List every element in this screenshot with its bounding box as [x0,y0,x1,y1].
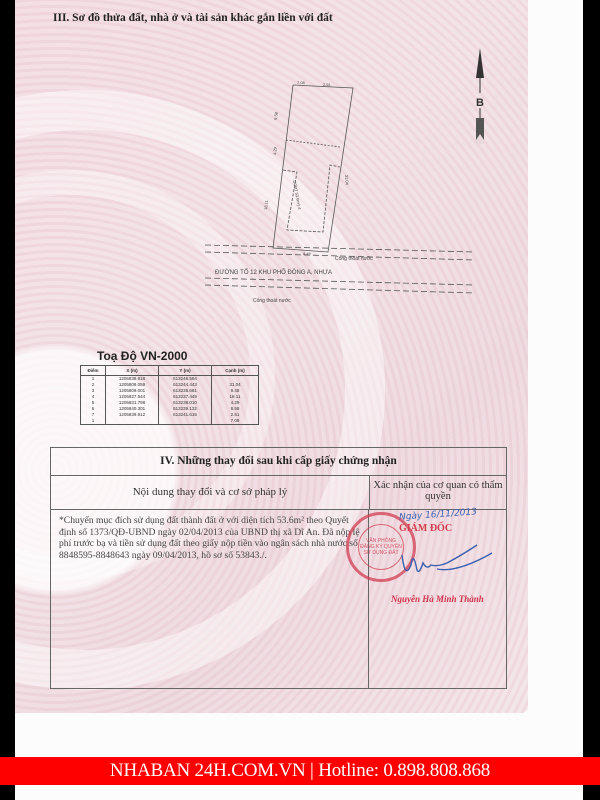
header-point: Điểm [81,366,106,376]
svg-text:9.58: 9.58 [273,111,279,120]
svg-text:2.51: 2.51 [323,82,332,87]
header-y: Y (m) [159,366,212,376]
table-row: 17.08 [81,418,259,425]
svg-text:18.11: 18.11 [263,199,269,210]
svg-text:4.29: 4.29 [272,146,278,155]
handwritten-date: Ngày 16/11/2013 [399,507,478,522]
parcel-sketch: 7.08 2.51 9.58 4.29 31.04 18.11 8.49 1(O… [205,80,505,310]
change-content: *Chuyển mục đích sử dụng đất thành đất ở… [51,510,369,688]
coordinates-table: Điểm X (m) Y (m) Cạnh (m) 11205838.81861… [80,365,259,425]
signature-icon [397,535,497,580]
svg-text:Cống thoát nước: Cống thoát nước [253,298,291,304]
svg-text:1(OĐT 53.6m²) 4: 1(OĐT 53.6m²) 4 [292,179,302,210]
changes-table: IV. Những thay đổi sau khi cấp giấy chứn… [50,447,507,689]
authority-confirmation: VĂN PHÒNG ĐĂNG KÝ QUYỀN SỬ DỤNG ĐẤT Ngày… [369,510,506,688]
cell-y [159,418,212,425]
signer-title: GIÁM ĐỐC [399,523,452,534]
signer-name: Nguyễn Hà Minh Thành [391,594,484,604]
header-x: X (m) [106,366,159,376]
svg-text:8.49: 8.49 [303,251,312,256]
authority-column-header: Xác nhận của cơ quan có thẩm quyền [370,476,506,509]
svg-text:7.08: 7.08 [297,80,306,85]
cell-x [106,418,159,425]
cell-edge: 7.08 [212,418,259,425]
section4-title: IV. Những thay đổi sau khi cấp giấy chứn… [51,448,506,476]
hotline-banner: NHABAN 24H.COM.VN | Hotline: 0.898.808.8… [0,757,600,785]
certificate-page: III. Sơ đồ thửa đất, nhà ở và tài sản kh… [15,0,528,713]
coordinates-title: Toạ Độ VN-2000 [97,349,187,363]
svg-text:31.04: 31.04 [344,175,350,186]
content-column-header: Nội dung thay đổi và cơ sở pháp lý [51,476,370,509]
svg-text:Cống thoát nước: Cống thoát nước [335,256,373,262]
section3-title: III. Sơ đồ thửa đất, nhà ở và tài sản kh… [53,12,333,24]
cell-point: 1 [81,418,106,425]
header-edge: Cạnh (m) [212,366,259,376]
svg-text:ĐƯỜNG TỔ 12 KHU PHỐ ĐÔNG A, NH: ĐƯỜNG TỔ 12 KHU PHỐ ĐÔNG A, NHỰA [215,269,332,276]
